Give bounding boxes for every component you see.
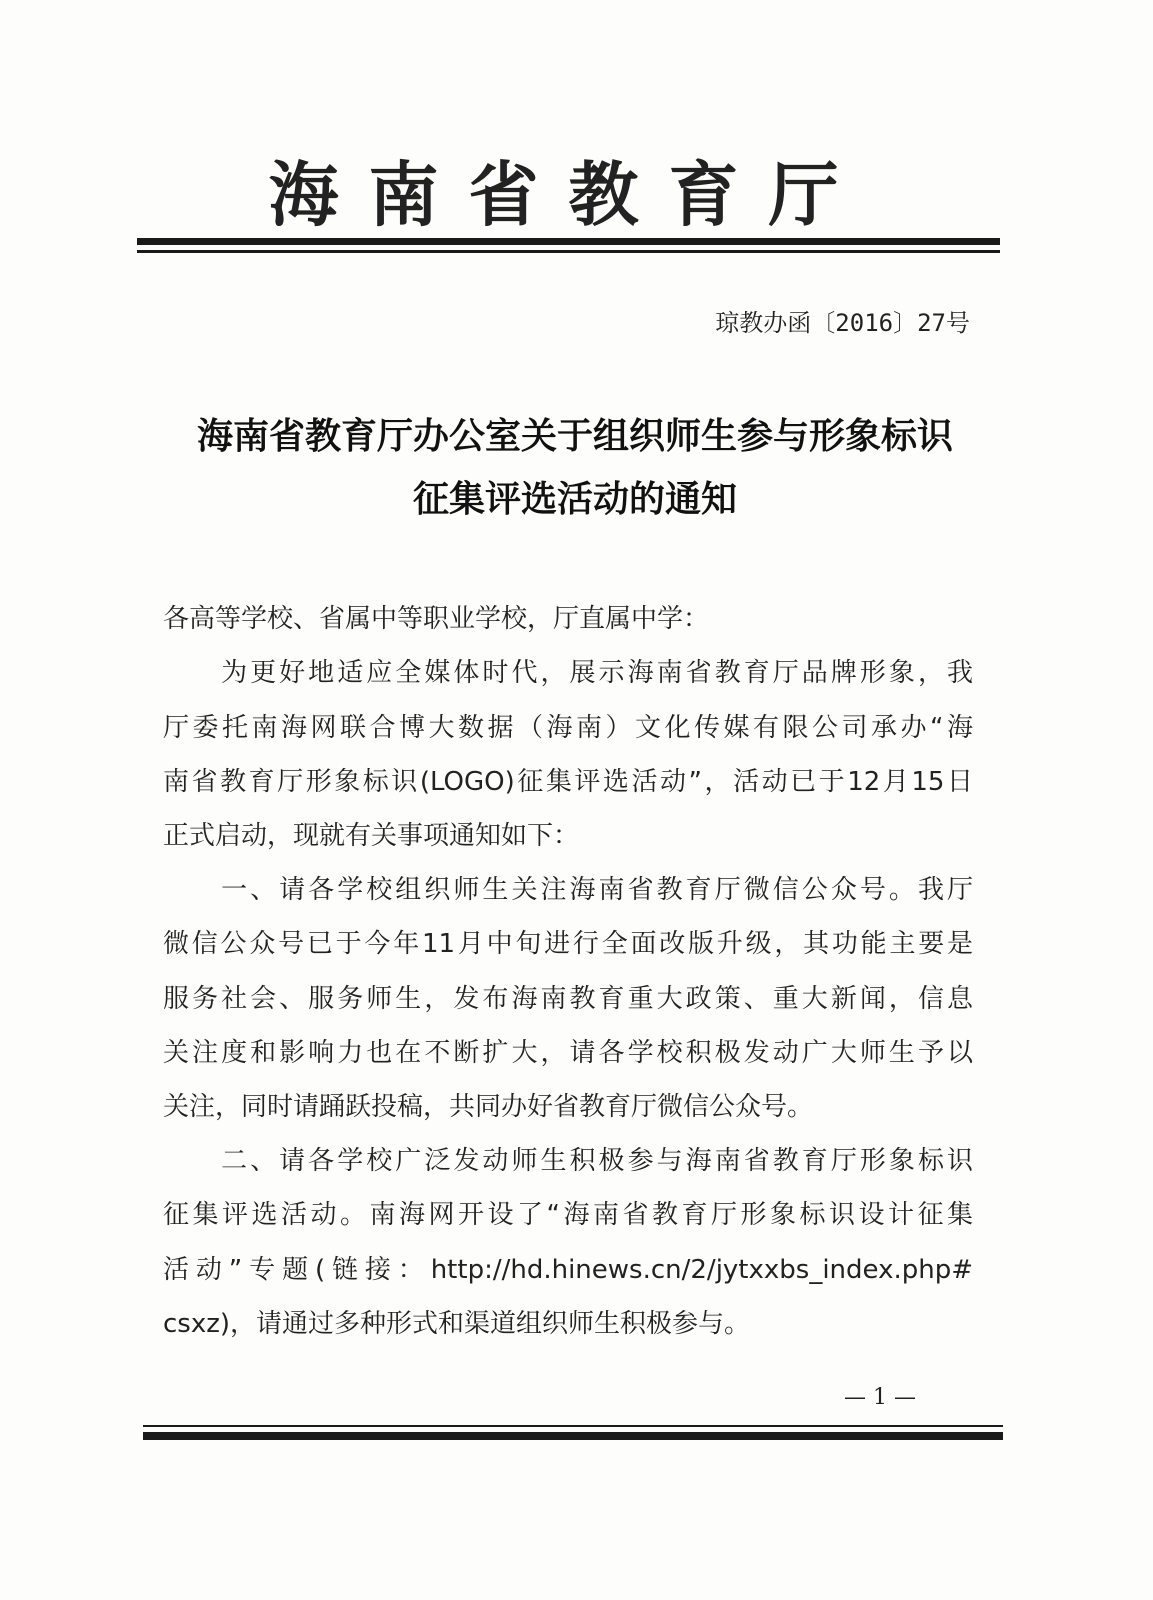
header-rule-thick	[137, 238, 1000, 245]
body-line: 南省教育厅形象标识(LOGO)征集评选活动”，活动已于12月15日	[163, 760, 973, 804]
body-line: 正式启动，现就有关事项通知如下：	[163, 814, 973, 858]
masthead-title: 海南省教育厅	[137, 155, 1000, 235]
notice-title-line-1: 海南省教育厅办公室关于组织师生参与形象标识	[150, 412, 1000, 462]
body-line: 为更好地适应全媒体时代，展示海南省教育厅品牌形象，我	[163, 651, 973, 695]
body-line: 服务社会、服务师生，发布海南教育重大政策、重大新闻，信息	[163, 977, 973, 1021]
footer-rule-thick	[143, 1432, 1003, 1440]
body-line-item-2: 二、请各学校广泛发动师生积极参与海南省教育厅形象标识	[163, 1139, 973, 1183]
body-line: 厅委托南海网联合博大数据（海南）文化传媒有限公司承办“海	[163, 706, 973, 750]
page-number: — 1 —	[830, 1385, 930, 1410]
footer-rule-thin	[143, 1425, 1003, 1427]
body-line-item-1: 一、请各学校组织师生关注海南省教育厅微信公众号。我厅	[163, 868, 973, 912]
body-line: 征集评选活动。南海网开设了“海南省教育厅形象标识设计征集	[163, 1193, 973, 1237]
body-line: 关注度和影响力也在不断扩大，请各学校积极发动广大师生予以	[163, 1031, 973, 1075]
body-line-addressee: 各高等学校、省属中等职业学校，厅直属中学：	[163, 597, 973, 641]
notice-title-line-2: 征集评选活动的通知	[150, 475, 1000, 525]
body-line: 关注，同时请踊跃投稿，共同办好省教育厅微信公众号。	[163, 1085, 973, 1129]
header-rule-thin	[137, 250, 1000, 253]
body-line: csxz)，请通过多种形式和渠道组织师生积极参与。	[163, 1302, 973, 1346]
document-number: 琼教办函〔2016〕27号	[640, 305, 970, 341]
body-line: 微信公众号已于今年11月中旬进行全面改版升级，其功能主要是	[163, 922, 973, 966]
body-line-link: 活动”专题(链接：http://hd.hinews.cn/2/jytxxbs_i…	[163, 1248, 973, 1292]
